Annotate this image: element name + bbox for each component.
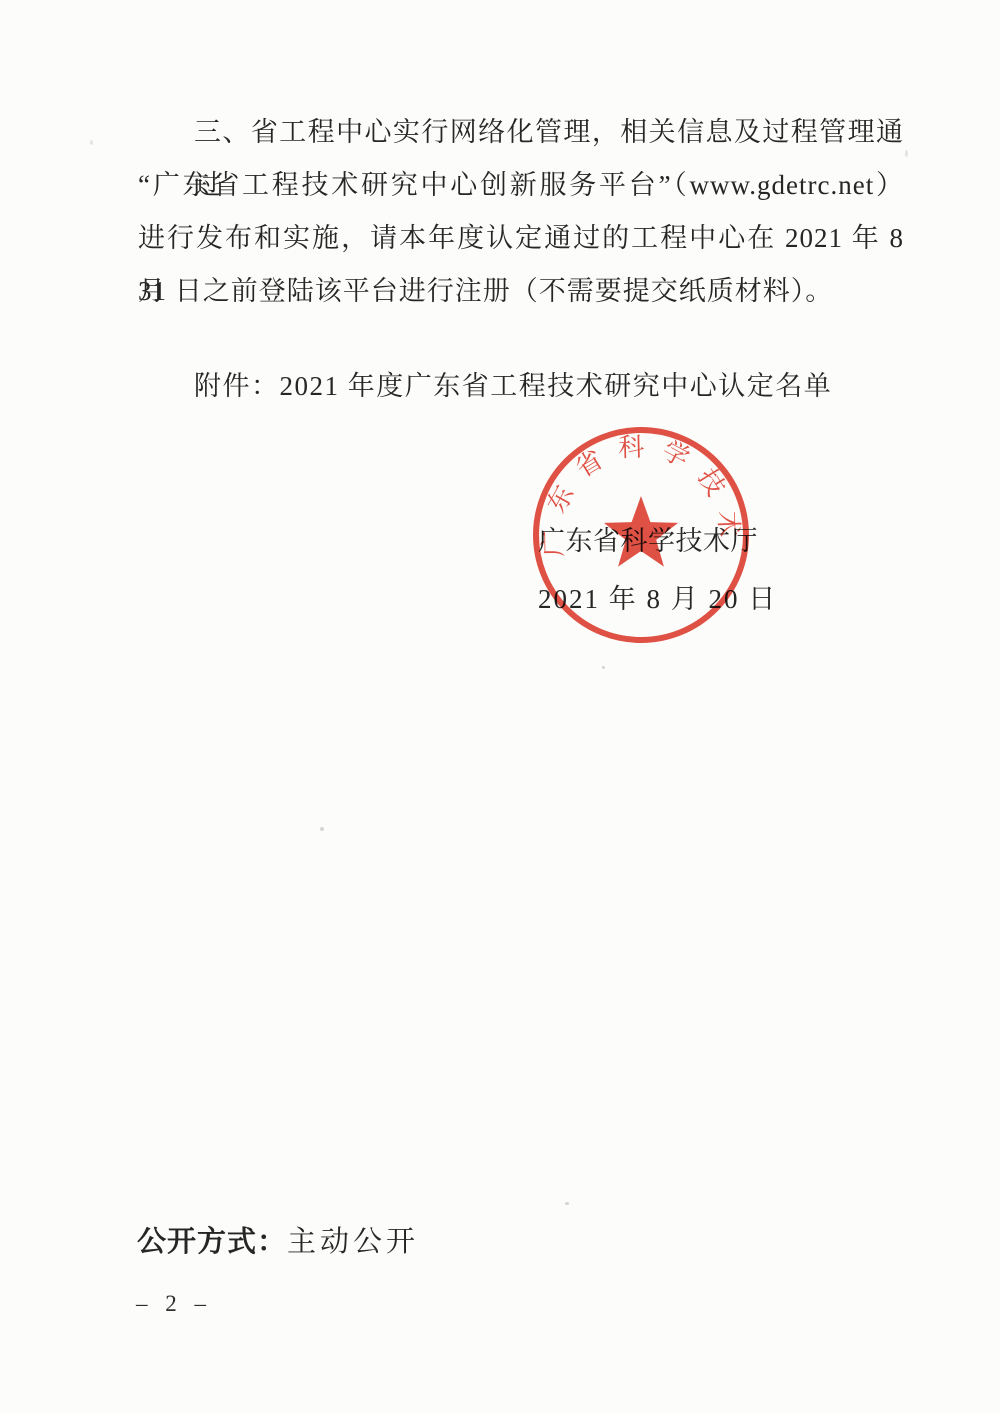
paragraph-line-1: 三、省工程中心实行网络化管理，相关信息及过程管理通过 xyxy=(138,106,904,159)
paragraph-line-2: “广东省工程技术研究中心创新服务平台”（www.gdetrc.net） xyxy=(138,159,904,212)
paragraph-line-4: 31 日之前登陆该平台进行注册（不需要提交纸质材料）。 xyxy=(138,265,904,318)
scan-speck xyxy=(602,666,605,669)
scan-speck xyxy=(320,827,324,831)
body-paragraph: 三、省工程中心实行网络化管理，相关信息及过程管理通过 “广东省工程技术研究中心创… xyxy=(138,106,904,318)
disclosure-label: 公开方式： xyxy=(137,1226,287,1258)
disclosure-value: 主动公开 xyxy=(287,1226,419,1258)
signature-block: 广东省科学技术厅 2021 年 8 月 20 日 xyxy=(538,524,777,616)
scan-speck xyxy=(565,1202,569,1205)
scanned-document-page: 三、省工程中心实行网络化管理，相关信息及过程管理通过 “广东省工程技术研究中心创… xyxy=(0,0,1000,1414)
paragraph-line-3: 进行发布和实施，请本年度认定通过的工程中心在 2021 年 8 月 xyxy=(138,212,904,265)
disclosure-line: 公开方式：主动公开 xyxy=(137,1221,419,1263)
attachment-line: 附件：2021 年度广东省工程技术研究中心认定名单 xyxy=(138,360,904,413)
scan-speck xyxy=(90,140,93,145)
scan-speck xyxy=(905,150,908,157)
signature-date: 2021 年 8 月 20 日 xyxy=(538,582,777,616)
page-number: – 2 – xyxy=(136,1291,212,1317)
signature-agency: 广东省科学技术厅 xyxy=(538,524,777,558)
